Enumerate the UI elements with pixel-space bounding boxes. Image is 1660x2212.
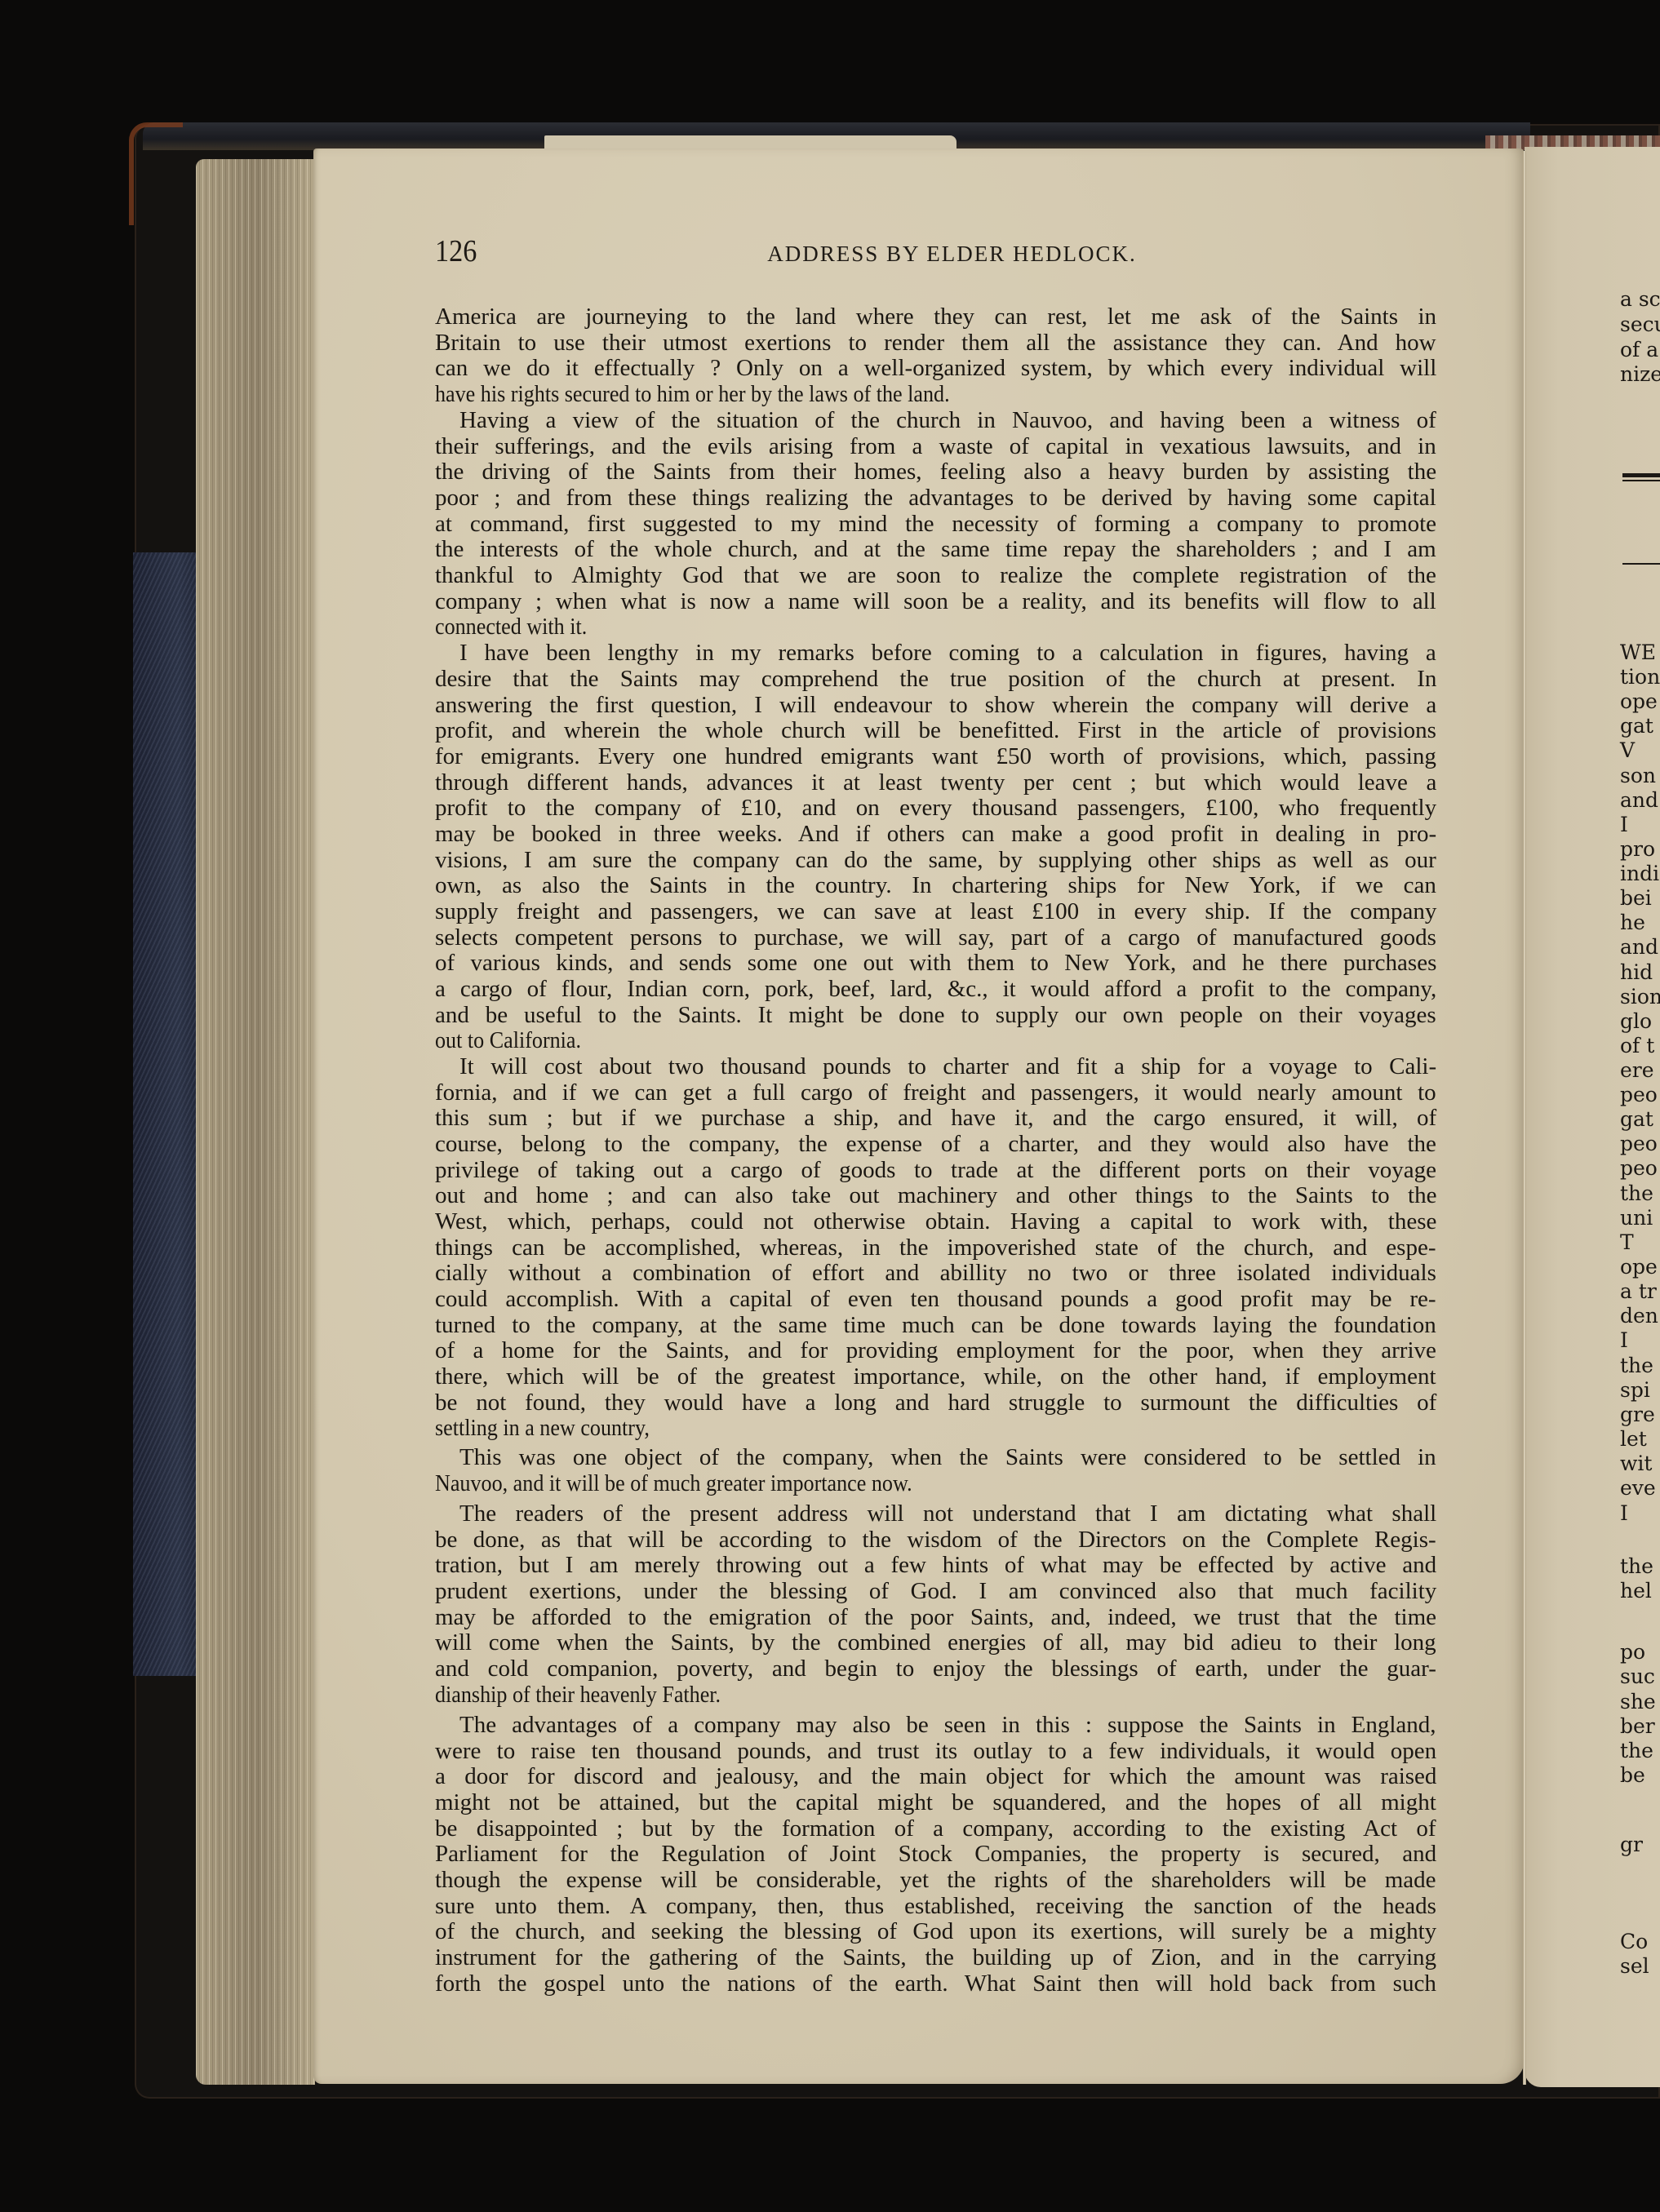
- facing-page-fragment: gre: [1620, 1403, 1655, 1427]
- facing-page-fragment: of t: [1620, 1034, 1654, 1058]
- text-line-content: a door for discord and jealousy, and the…: [435, 1763, 1436, 1789]
- text-line: Britain to use their utmost exertions to…: [435, 330, 1436, 356]
- text-line-content: prudent exertions, under the blessing of…: [435, 1578, 1436, 1604]
- text-line-content: forth the gospel unto the nations of the…: [435, 1970, 1436, 1997]
- facing-page-fragment: sion: [1620, 985, 1660, 1009]
- text-line: were to raise ten thousand pounds, and t…: [435, 1738, 1436, 1764]
- text-line: may be afforded to the emigration of the…: [435, 1604, 1436, 1630]
- text-line-content: be not found, they would have a long and…: [435, 1390, 1436, 1416]
- text-line: of the church, and seeking the blessing …: [435, 1918, 1436, 1944]
- text-line: own, as also the Saints in the country. …: [435, 872, 1436, 898]
- text-line: It will cost about two thousand pounds t…: [435, 1053, 1436, 1079]
- text-line: profit, and wherein the whole church wil…: [435, 717, 1436, 743]
- facing-page-fragment: spi: [1620, 1378, 1650, 1403]
- text-line-content: This was one object of the company, when…: [435, 1444, 1436, 1470]
- text-line-content: Parliament for the Regulation of Joint S…: [435, 1841, 1436, 1867]
- text-line-content: this sum ; but if we purchase a ship, an…: [435, 1105, 1436, 1131]
- section-rule: [1622, 563, 1660, 565]
- text-line: The advantages of a company may also be …: [435, 1712, 1436, 1738]
- facing-page-fragment: she: [1620, 1690, 1656, 1714]
- text-line: might not be attained, but the capital m…: [435, 1789, 1436, 1815]
- text-line-content: at command, first suggested to my mind t…: [435, 511, 1436, 537]
- text-line-content: of various kinds, and sends some one out…: [435, 950, 1436, 976]
- facing-page-fragment: gr: [1620, 1833, 1643, 1857]
- text-line-content: own, as also the Saints in the country. …: [435, 872, 1436, 898]
- text-line: the interests of the whole church, and a…: [435, 536, 1436, 562]
- text-line: poor ; and from these things realizing t…: [435, 485, 1436, 511]
- text-line-content: West, which, perhaps, could not otherwis…: [435, 1208, 1436, 1235]
- text-line: things can be accomplished, whereas, in …: [435, 1235, 1436, 1261]
- facing-page-fragment: Co: [1620, 1930, 1648, 1954]
- facing-page-fragment: ber: [1620, 1714, 1655, 1739]
- text-line-content: dianship of their heavenly Father.: [435, 1682, 721, 1708]
- facing-page-fragment: gat: [1620, 1107, 1653, 1132]
- text-line-content: the interests of the whole church, and a…: [435, 536, 1436, 562]
- text-line-content: though the expense will be considerable,…: [435, 1867, 1436, 1893]
- text-line-content: I have been lengthy in my remarks before…: [435, 640, 1436, 666]
- text-line-content: instrument for the gathering of the Sain…: [435, 1944, 1436, 1970]
- text-line: Having a view of the situation of the ch…: [435, 407, 1436, 433]
- text-line-content: tration, but I am merely throwing out a …: [435, 1552, 1436, 1578]
- text-line-content: might not be attained, but the capital m…: [435, 1789, 1436, 1815]
- text-line-content: out and home ; and can also take out mac…: [435, 1182, 1436, 1208]
- facing-page-fragment: I: [1620, 1501, 1628, 1526]
- facing-page-fragment: hid: [1620, 960, 1653, 985]
- facing-page-fragment: hel: [1620, 1579, 1652, 1603]
- facing-page-fragment: ope: [1620, 689, 1658, 714]
- facing-page-fragment: let: [1620, 1427, 1647, 1452]
- text-line: of a home for the Saints, and for provid…: [435, 1337, 1436, 1363]
- text-line: may be booked in three weeks. And if oth…: [435, 821, 1436, 847]
- text-line-content: turned to the company, at the same time …: [435, 1312, 1436, 1338]
- text-line: settling in a new country,: [435, 1415, 1436, 1441]
- text-line: course, belong to the company, the expen…: [435, 1131, 1436, 1157]
- facing-page-fragment: be: [1620, 1763, 1645, 1788]
- text-line-content: connected with it.: [435, 614, 587, 640]
- facing-page-fragment: WE: [1620, 641, 1656, 665]
- text-line: The readers of the present address will …: [435, 1501, 1436, 1527]
- text-line: company ; when what is now a name will s…: [435, 588, 1436, 614]
- text-line-content: out to California.: [435, 1027, 581, 1053]
- text-line-content: be disappointed ; but by the formation o…: [435, 1815, 1436, 1842]
- text-line: visions, I am sure the company can do th…: [435, 847, 1436, 873]
- facing-page-fragment: the: [1620, 1354, 1653, 1378]
- text-line-content: thankful to Almighty God that we are soo…: [435, 562, 1436, 588]
- text-line: I have been lengthy in my remarks before…: [435, 640, 1436, 666]
- text-line-content: their sufferings, and the evils arising …: [435, 433, 1436, 459]
- text-line-content: will come when the Saints, by the combin…: [435, 1629, 1436, 1656]
- text-line-content: and be useful to the Saints. It might be…: [435, 1002, 1436, 1028]
- facing-page-fragment: son: [1620, 764, 1656, 788]
- text-line: Parliament for the Regulation of Joint S…: [435, 1841, 1436, 1867]
- text-line-content: selects competent persons to purchase, w…: [435, 924, 1436, 951]
- facing-page-fragment: gat: [1620, 714, 1653, 738]
- text-line-content: for emigrants. Every one hundred emigran…: [435, 743, 1436, 769]
- text-line-content: settling in a new country,: [435, 1415, 650, 1441]
- facing-page-fragment: wit: [1620, 1452, 1652, 1476]
- text-line: this sum ; but if we purchase a ship, an…: [435, 1105, 1436, 1131]
- text-line-content: may be booked in three weeks. And if oth…: [435, 821, 1436, 847]
- text-line-content: profit, and wherein the whole church wil…: [435, 717, 1436, 743]
- text-line-content: through different hands, advances it at …: [435, 769, 1436, 796]
- text-line: privilege of taking out a cargo of goods…: [435, 1157, 1436, 1183]
- text-line-content: a cargo of flour, Indian corn, pork, bee…: [435, 976, 1436, 1002]
- text-line: a cargo of flour, Indian corn, pork, bee…: [435, 976, 1436, 1002]
- text-line-content: were to raise ten thousand pounds, and t…: [435, 1738, 1436, 1764]
- text-line-content: course, belong to the company, the expen…: [435, 1131, 1436, 1157]
- text-line: out to California.: [435, 1027, 1436, 1053]
- facing-page-fragment: pro: [1620, 837, 1655, 862]
- text-line: their sufferings, and the evils arising …: [435, 433, 1436, 459]
- text-line: cially without a combination of effort a…: [435, 1260, 1436, 1286]
- facing-page-fragment: eve: [1620, 1476, 1656, 1501]
- facing-page-fragment: suc: [1620, 1665, 1655, 1689]
- text-line-content: The advantages of a company may also be …: [435, 1712, 1436, 1738]
- text-line: for emigrants. Every one hundred emigran…: [435, 743, 1436, 769]
- text-line: there, which will be of the greatest imp…: [435, 1363, 1436, 1390]
- facing-page-fragment: he: [1620, 911, 1645, 935]
- text-line-content: could accomplish. With a capital of even…: [435, 1286, 1436, 1312]
- section-rule: [1622, 480, 1660, 481]
- text-line: connected with it.: [435, 614, 1436, 640]
- text-line: forth the gospel unto the nations of the…: [435, 1970, 1436, 1997]
- text-line: sure unto them. A company, then, thus es…: [435, 1893, 1436, 1919]
- text-line-content: things can be accomplished, whereas, in …: [435, 1235, 1436, 1261]
- text-line-content: profit to the company of £10, and on eve…: [435, 795, 1436, 821]
- facing-page-fragment: glo: [1620, 1009, 1652, 1034]
- facing-page-fragment: tion: [1620, 665, 1660, 689]
- text-line-content: fornia, and if we can get a full cargo o…: [435, 1079, 1436, 1106]
- text-line-content: have his rights secured to him or her by…: [435, 381, 950, 407]
- facing-page-fragment: T: [1620, 1230, 1634, 1255]
- facing-page-fragment: a sc: [1620, 287, 1660, 312]
- text-line-content: It will cost about two thousand pounds t…: [435, 1053, 1436, 1079]
- text-line: profit to the company of £10, and on eve…: [435, 795, 1436, 821]
- text-line: America are journeying to the land where…: [435, 304, 1436, 330]
- text-line-content: Having a view of the situation of the ch…: [435, 407, 1436, 433]
- text-line: and be useful to the Saints. It might be…: [435, 1002, 1436, 1028]
- text-line-content: privilege of taking out a cargo of goods…: [435, 1157, 1436, 1183]
- text-line: and cold companion, poverty, and begin t…: [435, 1656, 1436, 1682]
- text-line: through different hands, advances it at …: [435, 769, 1436, 796]
- facing-page-fragment: ope: [1620, 1255, 1658, 1279]
- text-line-content: The readers of the present address will …: [435, 1501, 1436, 1527]
- text-line-content: poor ; and from these things realizing t…: [435, 485, 1436, 511]
- facing-page-fragment: sel: [1620, 1954, 1649, 1979]
- text-line-content: desire that the Saints may comprehend th…: [435, 666, 1436, 692]
- text-line-content: and cold companion, poverty, and begin t…: [435, 1656, 1436, 1682]
- body-text: America are journeying to the land where…: [0, 0, 1660, 2212]
- text-line: out and home ; and can also take out mac…: [435, 1182, 1436, 1208]
- text-line: prudent exertions, under the blessing of…: [435, 1578, 1436, 1604]
- facing-page-fragment: the: [1620, 1739, 1653, 1763]
- facing-page-fragment: secu: [1620, 313, 1660, 337]
- text-line-content: Britain to use their utmost exertions to…: [435, 330, 1436, 356]
- text-line: will come when the Saints, by the combin…: [435, 1629, 1436, 1656]
- text-line-content: can we do it effectually ? Only on a wel…: [435, 355, 1436, 381]
- text-line: turned to the company, at the same time …: [435, 1312, 1436, 1338]
- text-line-content: supply freight and passengers, we can sa…: [435, 898, 1436, 924]
- text-line: be disappointed ; but by the formation o…: [435, 1815, 1436, 1842]
- facing-page-fragment: the: [1620, 1181, 1653, 1206]
- text-line: could accomplish. With a capital of even…: [435, 1286, 1436, 1312]
- text-line: a door for discord and jealousy, and the…: [435, 1763, 1436, 1789]
- facing-page-fragment: nize: [1620, 362, 1660, 387]
- text-line: fornia, and if we can get a full cargo o…: [435, 1079, 1436, 1106]
- text-line-content: answering the first question, I will end…: [435, 692, 1436, 718]
- text-line-content: there, which will be of the greatest imp…: [435, 1363, 1436, 1390]
- text-line: This was one object of the company, when…: [435, 1444, 1436, 1470]
- facing-page-fragment: of a: [1620, 338, 1658, 362]
- facing-page-fragment: po: [1620, 1640, 1645, 1665]
- text-line: the driving of the Saints from their hom…: [435, 459, 1436, 485]
- text-line: can we do it effectually ? Only on a wel…: [435, 355, 1436, 381]
- facing-page-fragment: ere: [1620, 1058, 1654, 1083]
- text-line: tration, but I am merely throwing out a …: [435, 1552, 1436, 1578]
- text-line: thankful to Almighty God that we are soo…: [435, 562, 1436, 588]
- facing-page-fragment: I: [1620, 1328, 1628, 1353]
- text-line: of various kinds, and sends some one out…: [435, 950, 1436, 976]
- text-line: West, which, perhaps, could not otherwis…: [435, 1208, 1436, 1235]
- text-line-content: of the church, and seeking the blessing …: [435, 1918, 1436, 1944]
- text-line-content: Nauvoo, and it will be of much greater i…: [435, 1470, 912, 1496]
- text-line: have his rights secured to him or her by…: [435, 381, 1436, 407]
- text-line: dianship of their heavenly Father.: [435, 1682, 1436, 1708]
- text-line-content: America are journeying to the land where…: [435, 304, 1436, 330]
- facing-page-fragment: a tr: [1620, 1279, 1657, 1304]
- text-line: desire that the Saints may comprehend th…: [435, 666, 1436, 692]
- facing-page-fragment: indi: [1620, 862, 1659, 886]
- facing-page-fragment: peo: [1620, 1156, 1658, 1181]
- facing-page-fragment: V: [1620, 738, 1635, 763]
- text-line: though the expense will be considerable,…: [435, 1867, 1436, 1893]
- text-line: be not found, they would have a long and…: [435, 1390, 1436, 1416]
- text-line-content: be done, as that will be according to th…: [435, 1527, 1436, 1553]
- text-line: answering the first question, I will end…: [435, 692, 1436, 718]
- text-line: supply freight and passengers, we can sa…: [435, 898, 1436, 924]
- text-line-content: cially without a combination of effort a…: [435, 1260, 1436, 1286]
- text-line-content: may be afforded to the emigration of the…: [435, 1604, 1436, 1630]
- facing-page-fragment: I: [1620, 813, 1628, 837]
- text-line: selects competent persons to purchase, w…: [435, 924, 1436, 951]
- facing-page-fragment: den: [1620, 1304, 1658, 1328]
- facing-page-fragment: uni: [1620, 1206, 1653, 1230]
- facing-page-fragment: peo: [1620, 1083, 1658, 1107]
- text-line: at command, first suggested to my mind t…: [435, 511, 1436, 537]
- text-line: instrument for the gathering of the Sain…: [435, 1944, 1436, 1970]
- facing-page-fragment: and: [1620, 788, 1658, 813]
- section-rule: [1622, 473, 1660, 477]
- text-line-content: visions, I am sure the company can do th…: [435, 847, 1436, 873]
- facing-page-fragment: the: [1620, 1554, 1653, 1579]
- text-line: Nauvoo, and it will be of much greater i…: [435, 1470, 1436, 1496]
- facing-page-fragment: and: [1620, 935, 1658, 960]
- text-line-content: company ; when what is now a name will s…: [435, 588, 1436, 614]
- text-line-content: sure unto them. A company, then, thus es…: [435, 1893, 1436, 1919]
- text-line-content: the driving of the Saints from their hom…: [435, 459, 1436, 485]
- text-line: be done, as that will be according to th…: [435, 1527, 1436, 1553]
- facing-page-fragment: peo: [1620, 1132, 1658, 1156]
- facing-page-fragment: bei: [1620, 886, 1652, 911]
- text-line-content: of a home for the Saints, and for provid…: [435, 1337, 1436, 1363]
